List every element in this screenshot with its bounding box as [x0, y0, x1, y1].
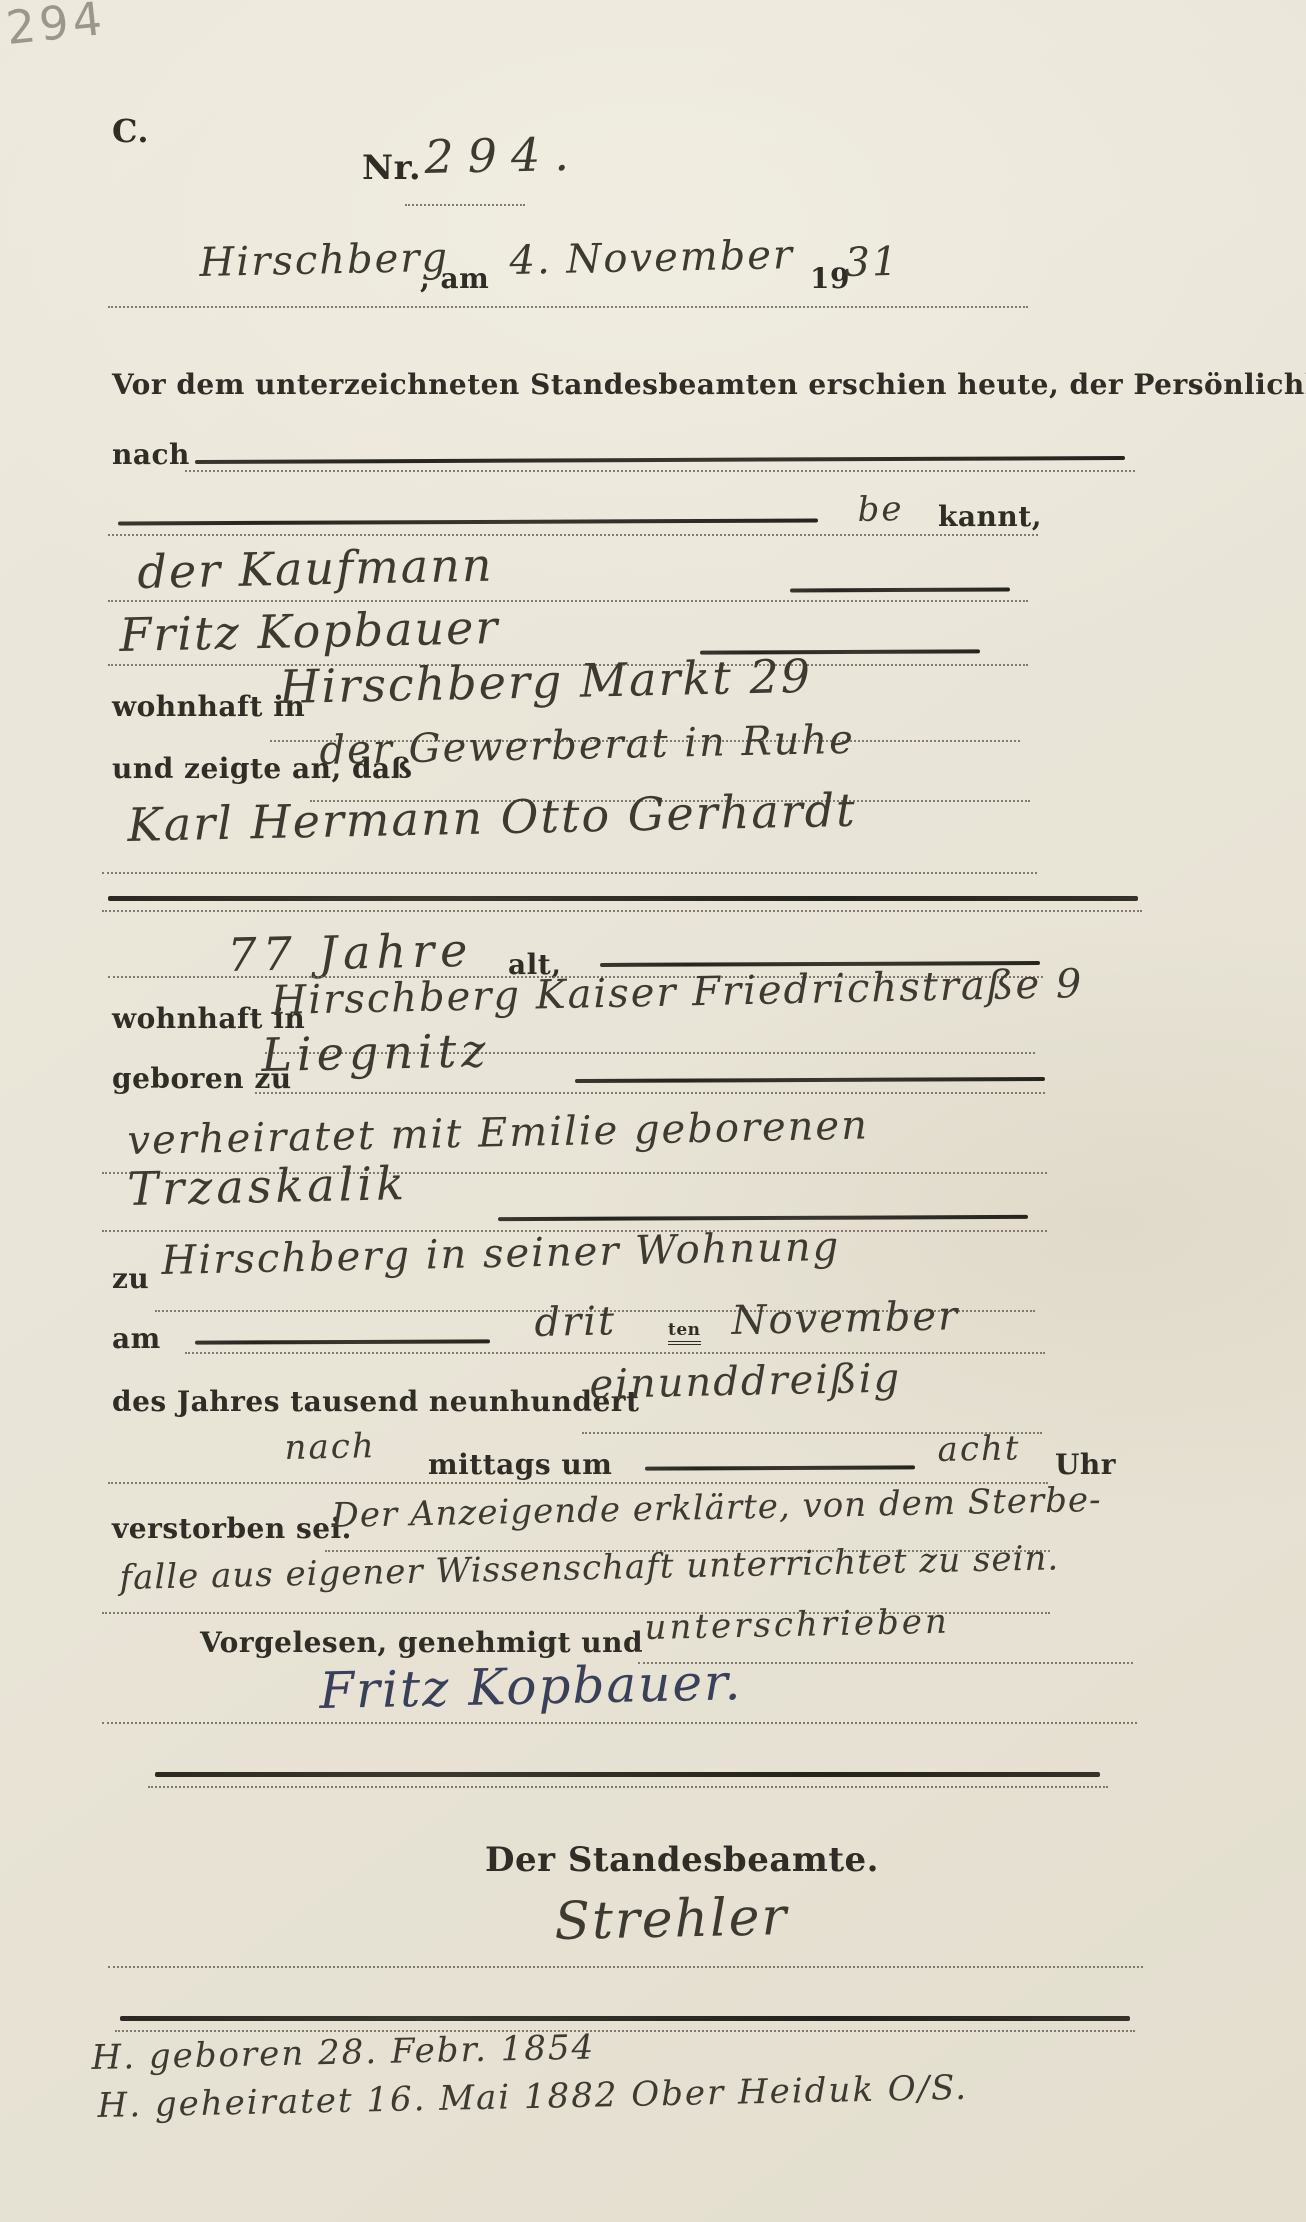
struck-blank-line	[108, 896, 1138, 901]
dotted-rule	[108, 600, 1028, 602]
ink-filler-line	[790, 588, 1010, 593]
spouse-maiden-name: Trzaskalik	[127, 1156, 409, 1216]
deceased-age: 77 Jahre	[227, 923, 474, 982]
registrar-signature: Strehler	[554, 1887, 789, 1952]
date-separator: , am	[420, 262, 489, 295]
dotted-rule	[255, 1092, 1045, 1094]
registrar-title: Der Standesbeamte.	[485, 1840, 879, 1880]
declarant-residence: Hirschberg Markt 29	[279, 649, 813, 714]
year-handwritten: 31	[844, 239, 900, 286]
intro-line2-label: nach	[112, 438, 190, 471]
time-unit: Uhr	[1055, 1448, 1116, 1481]
known-handwritten: be	[857, 489, 904, 530]
record-date: 4. November	[509, 232, 794, 284]
ink-filler-line	[575, 1077, 1045, 1083]
declarant-residence-label: wohnhaft in	[112, 690, 305, 723]
ink-filler-line	[118, 518, 818, 525]
ink-filler-line	[498, 1215, 1028, 1221]
declarant-occupation: der Kaufmann	[137, 538, 494, 599]
time-value-handwritten: acht	[937, 1428, 1021, 1470]
section-rule	[120, 2016, 1130, 2021]
record-place: Hirschberg	[199, 235, 449, 286]
attestation-label: Vorgelesen, genehmigt und	[200, 1626, 643, 1659]
death-statement-label: verstorben sei.	[112, 1512, 352, 1545]
death-statement-hw1: Der Anzeigende erklärte, von dem Sterbe-	[331, 1480, 1102, 1536]
time-label: mittags um	[428, 1448, 612, 1481]
report-value: der Gewerberat in Ruhe	[319, 717, 855, 774]
dotted-rule	[108, 1966, 1143, 1968]
death-day-handwritten: drit	[534, 1298, 617, 1346]
ink-filler-line	[645, 1465, 915, 1470]
dotted-rule	[102, 1722, 1137, 1724]
record-number-value: 294.	[424, 127, 584, 184]
margin-note-marriage: H. geheiratet 16. Mai 1882 Ober Heiduk O…	[97, 2068, 968, 2126]
death-month: November	[731, 1293, 960, 1344]
ink-filler-line	[195, 456, 1125, 464]
declarant-signature: Fritz Kopbauer.	[319, 1653, 743, 1720]
time-prefix-handwritten: nach	[284, 1426, 376, 1468]
death-place: Hirschberg in seiner Wohnung	[161, 1224, 841, 1284]
dotted-rule	[405, 204, 525, 206]
death-year-label: des Jahres tausend neunhundert	[112, 1385, 639, 1418]
dotted-rule	[115, 2030, 1135, 2032]
form-letter: C.	[112, 112, 149, 150]
dotted-rule	[108, 306, 1028, 308]
dotted-rule	[148, 1786, 1108, 1788]
death-place-label: zu	[112, 1262, 149, 1295]
death-statement-hw2: falle aus eigener Wissenschaft unterrich…	[119, 1538, 1059, 1598]
dotted-rule	[185, 1352, 1045, 1354]
ink-filler-line	[195, 1339, 490, 1344]
section-rule	[155, 1772, 1100, 1777]
marital-status: verheiratet mit Emilie geborenen	[127, 1102, 869, 1164]
death-day-label: am	[112, 1322, 161, 1355]
intro-line1: Vor dem unterzeichneten Standesbeamten e…	[112, 368, 1306, 401]
pencil-archive-number: 294	[3, 0, 108, 55]
birthplace-value: Liegnitz	[261, 1023, 491, 1082]
dotted-rule	[108, 534, 1038, 536]
dotted-rule	[102, 872, 1037, 874]
declarant-name: Fritz Kopbauer	[119, 600, 500, 662]
dotted-rule	[102, 910, 1142, 912]
death-year-value: einunddreißig	[589, 1355, 902, 1408]
margin-note-birth: H. geboren 28. Febr. 1854	[91, 2027, 595, 2078]
known-printed: kannt,	[938, 500, 1042, 533]
record-number-label: Nr.	[362, 148, 421, 188]
death-record-document: 294 C. Nr. 294. Hirschberg , am 4. Novem…	[0, 0, 1306, 2222]
deceased-name: Karl Hermann Otto Gerhardt	[127, 783, 857, 852]
death-day-suffix: ten	[668, 1320, 701, 1340]
dotted-rule	[185, 470, 1135, 472]
attestation-handwritten: unterschrieben	[644, 1602, 950, 1648]
